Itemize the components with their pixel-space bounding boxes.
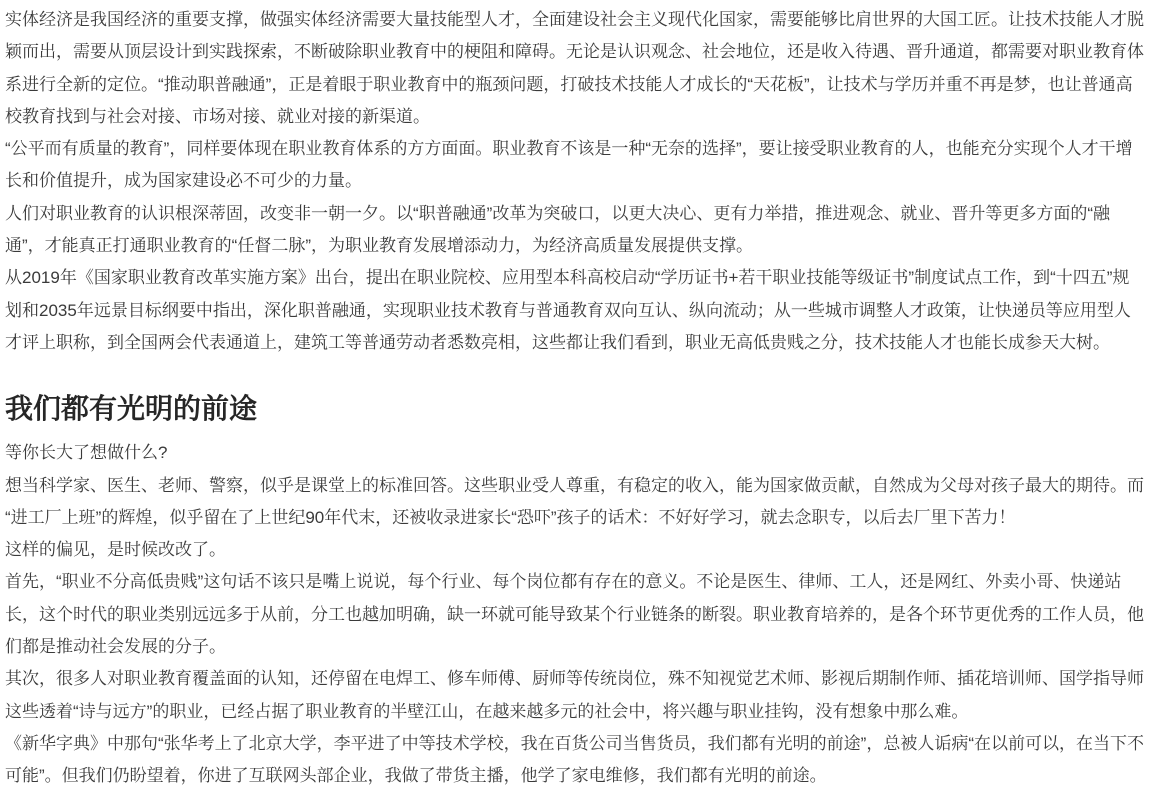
article-paragraph: 《新华字典》中那句“张华考上了北京大学，李平进了中等技术学校，我在百货公司当售货… [5,728,1144,793]
article-paragraph: 实体经济是我国经济的重要支撑，做强实体经济需要大量技能型人才，全面建设社会主义现… [5,4,1144,133]
article-paragraph: 这样的偏见，是时候改改了。 [5,534,1144,566]
article-paragraph: 首先，“职业不分高低贵贱”这句话不该只是嘴上说说，每个行业、每个岗位都有存在的意… [5,566,1144,663]
article-paragraph: 从2019年《国家职业教育改革实施方案》出台，提出在职业院校、应用型本科高校启动… [5,262,1144,359]
section-heading: 我们都有光明的前途 [5,389,1144,429]
article-paragraph: 人们对职业教育的认识根深蒂固，改变非一朝一夕。以“职普融通”改革为突破口，以更大… [5,198,1144,263]
article-body: 实体经济是我国经济的重要支撑，做强实体经济需要大量技能型人才，全面建设社会主义现… [0,0,1149,793]
article-paragraph: “公平而有质量的教育”，同样要体现在职业教育体系的方方面面。职业教育不该是一种“… [5,133,1144,198]
article-paragraph: 其次，很多人对职业教育覆盖面的认知，还停留在电焊工、修车师傅、厨师等传统岗位，殊… [5,663,1144,728]
article-paragraph: 等你长大了想做什么? [5,437,1144,469]
article-paragraph: 想当科学家、医生、老师、警察，似乎是课堂上的标准回答。这些职业受人尊重，有稳定的… [5,470,1144,535]
